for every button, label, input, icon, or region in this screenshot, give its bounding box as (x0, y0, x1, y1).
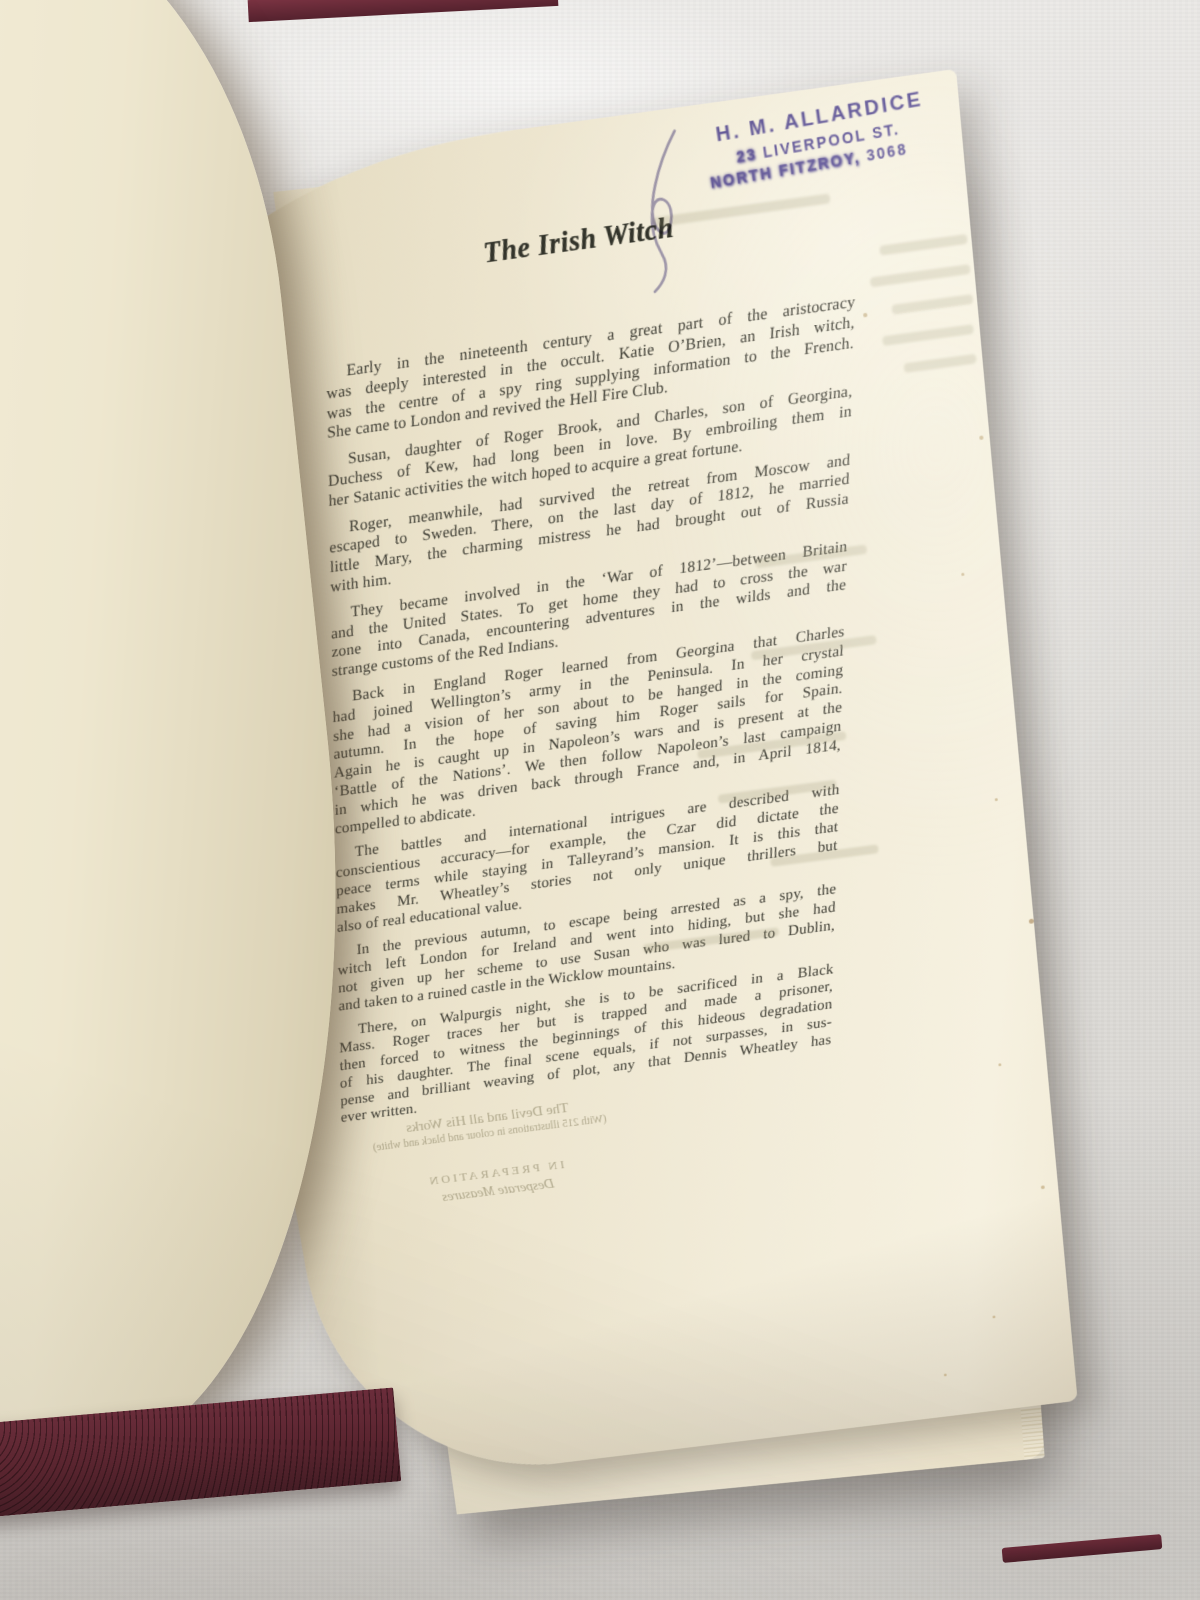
book-cover-edge-bottom-right (1002, 1534, 1163, 1563)
foxing-speck (998, 1063, 1001, 1066)
open-book-photo: H. M. ALLARDICE 23 LIVERPOOL ST. NORTH F… (0, 0, 1200, 1600)
stamp-street-number: 23 (735, 145, 758, 166)
book-cover-edge-top (248, 0, 559, 22)
handwritten-signature (626, 122, 724, 297)
show-through-bar (870, 264, 971, 287)
foxing-speck (992, 1315, 995, 1318)
foxing-speck (863, 313, 868, 318)
foxing-speck (1041, 1185, 1045, 1189)
show-through-bar (879, 234, 967, 256)
stamp-phone: 3068 (865, 140, 908, 165)
blurb-text: Early in the nineteenth century a great … (326, 293, 856, 1135)
page-title: The Irish Witch (310, 187, 849, 294)
foxing-speck (979, 435, 983, 440)
foxing-speck (1016, 657, 1020, 661)
show-through-bar (904, 354, 977, 373)
show-through-bar (882, 324, 974, 346)
show-through-bar (892, 294, 974, 315)
foxing-speck (944, 1373, 947, 1376)
foxing-speck (995, 798, 998, 801)
bookseller-ink-stamp: H. M. ALLARDICE 23 LIVERPOOL ST. NORTH F… (670, 82, 962, 197)
foxing-speck (961, 573, 964, 576)
foxing-speck (1029, 919, 1034, 924)
